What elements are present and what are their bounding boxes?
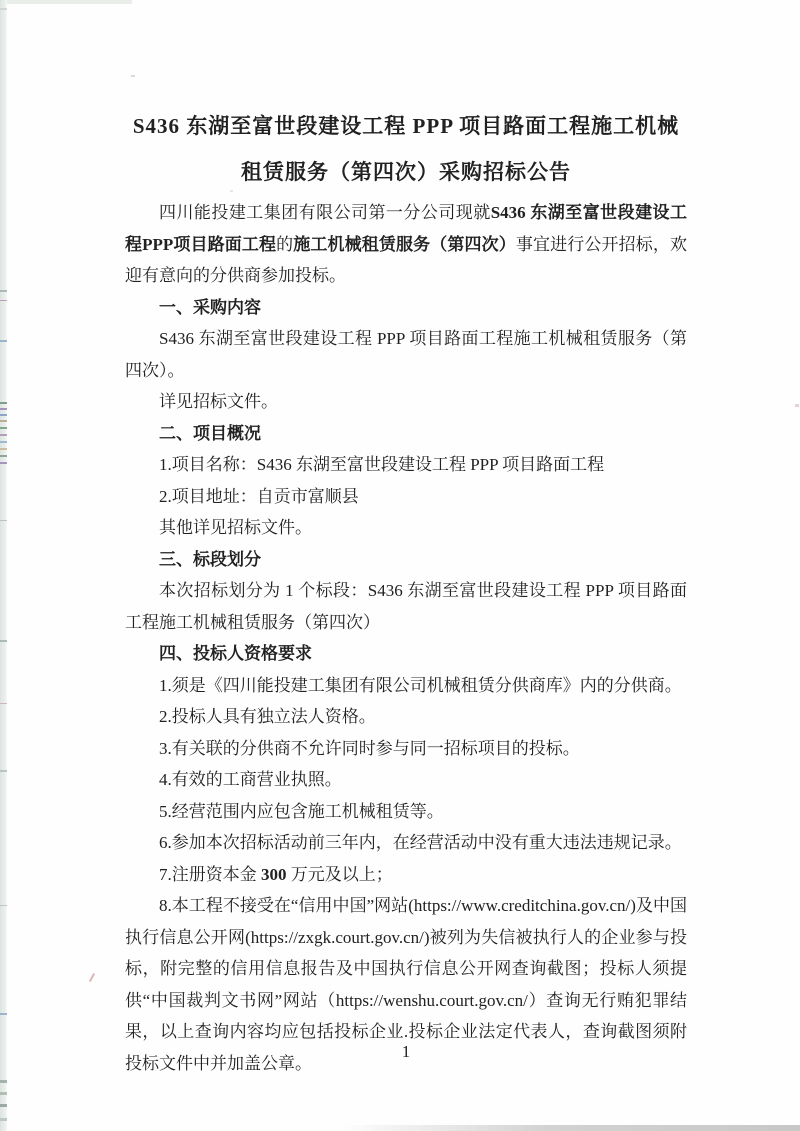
scan-noise-line [0, 448, 7, 450]
scan-edge-artifact [0, 0, 7, 1131]
section-heading: 四、投标人资格要求 [125, 638, 687, 670]
text-run: 的 [276, 235, 293, 254]
document-title-line-2: 租赁服务（第四次）采购招标公告 [125, 149, 687, 195]
scan-noise-line [0, 427, 7, 429]
doc-paragraph: 1.项目名称：S436 东湖至富世段建设工程 PPP 项目路面工程 [125, 449, 687, 481]
document-content: S436 东湖至富世段建设工程 PPP 项目路面工程施工机械 租赁服务（第四次）… [125, 103, 687, 1079]
scan-noise-line [0, 905, 7, 906]
doc-paragraph: 其他详见招标文件。 [125, 512, 687, 544]
scan-speck [131, 75, 135, 77]
bold-text-run: 300 [261, 865, 287, 884]
doc-paragraph: 7.注册资本金 300 万元及以上； [125, 859, 687, 891]
doc-paragraph: 四川能投建工集团有限公司第一分公司现就S436 东湖至富世段建设工程PPP项目路… [125, 197, 687, 292]
scan-speck [795, 404, 799, 407]
scan-speck [89, 973, 95, 982]
scan-noise-line [0, 441, 7, 443]
scan-noise-line [0, 1013, 7, 1015]
scan-noise-line [0, 420, 7, 422]
document-title: S436 东湖至富世段建设工程 PPP 项目路面工程施工机械 租赁服务（第四次）… [125, 103, 687, 195]
scan-noise-line [0, 455, 7, 457]
scan-noise-line [0, 703, 7, 704]
document-title-line-1: S436 东湖至富世段建设工程 PPP 项目路面工程施工机械 [125, 103, 687, 149]
scan-noise-line [0, 1118, 7, 1121]
doc-paragraph: 本次招标划分为 1 个标段：S436 东湖至富世段建设工程 PPP 项目路面工程… [125, 575, 687, 638]
scan-bottom-artifact [340, 1125, 800, 1131]
scan-noise-line [0, 1092, 7, 1095]
text-run: 四川能投建工集团有限公司第一分公司现就 [159, 203, 491, 222]
scan-noise-line [0, 640, 7, 642]
section-heading: 二、项目概况 [125, 418, 687, 450]
scan-noise-line [0, 408, 7, 410]
scan-noise-line [0, 8, 7, 10]
doc-paragraph: 6.参加本次招标活动前三年内，在经营活动中没有重大违法违规记录。 [125, 827, 687, 859]
text-run: 万元及以上； [287, 865, 393, 884]
doc-paragraph: 1.须是《四川能投建工集团有限公司机械租赁分供商库》内的分供商。 [125, 670, 687, 702]
scan-noise-line [0, 300, 7, 301]
page-number: 1 [125, 1042, 687, 1062]
scan-top-artifact [7, 0, 132, 4]
section-heading: 一、采购内容 [125, 292, 687, 324]
doc-paragraph: 3.有关联的分供商不允许同时参与同一招标项目的投标。 [125, 733, 687, 765]
scan-noise-line [0, 462, 7, 464]
text-run: 7.注册资本金 [159, 865, 261, 884]
scan-noise-line [0, 1104, 7, 1107]
doc-paragraph: S436 东湖至富世段建设工程 PPP 项目路面工程施工机械租赁服务（第四次）。 [125, 323, 687, 386]
doc-paragraph: 2.项目地址：自贡市富顺县 [125, 481, 687, 513]
scan-noise-line [0, 290, 7, 292]
scanned-document-page: S436 东湖至富世段建设工程 PPP 项目路面工程施工机械 租赁服务（第四次）… [0, 0, 800, 1131]
scan-noise-line [0, 340, 7, 342]
bold-text-run: 施工机械租赁服务（第四次） [293, 235, 516, 254]
doc-paragraph: 4.有效的工商营业执照。 [125, 764, 687, 796]
section-heading: 三、标段划分 [125, 544, 687, 576]
scan-noise-line [0, 520, 7, 521]
doc-paragraph: 5.经营范围内应包含施工机械租赁等。 [125, 796, 687, 828]
doc-paragraph: 详见招标文件。 [125, 386, 687, 418]
doc-paragraph: 2.投标人具有独立法人资格。 [125, 701, 687, 733]
scan-noise-line [0, 402, 7, 404]
scan-noise-line [0, 770, 7, 772]
scan-noise-line [0, 414, 7, 416]
scan-noise-line [0, 434, 7, 436]
scan-noise-line [0, 1080, 7, 1083]
document-body: 四川能投建工集团有限公司第一分公司现就S436 东湖至富世段建设工程PPP项目路… [125, 197, 687, 1079]
